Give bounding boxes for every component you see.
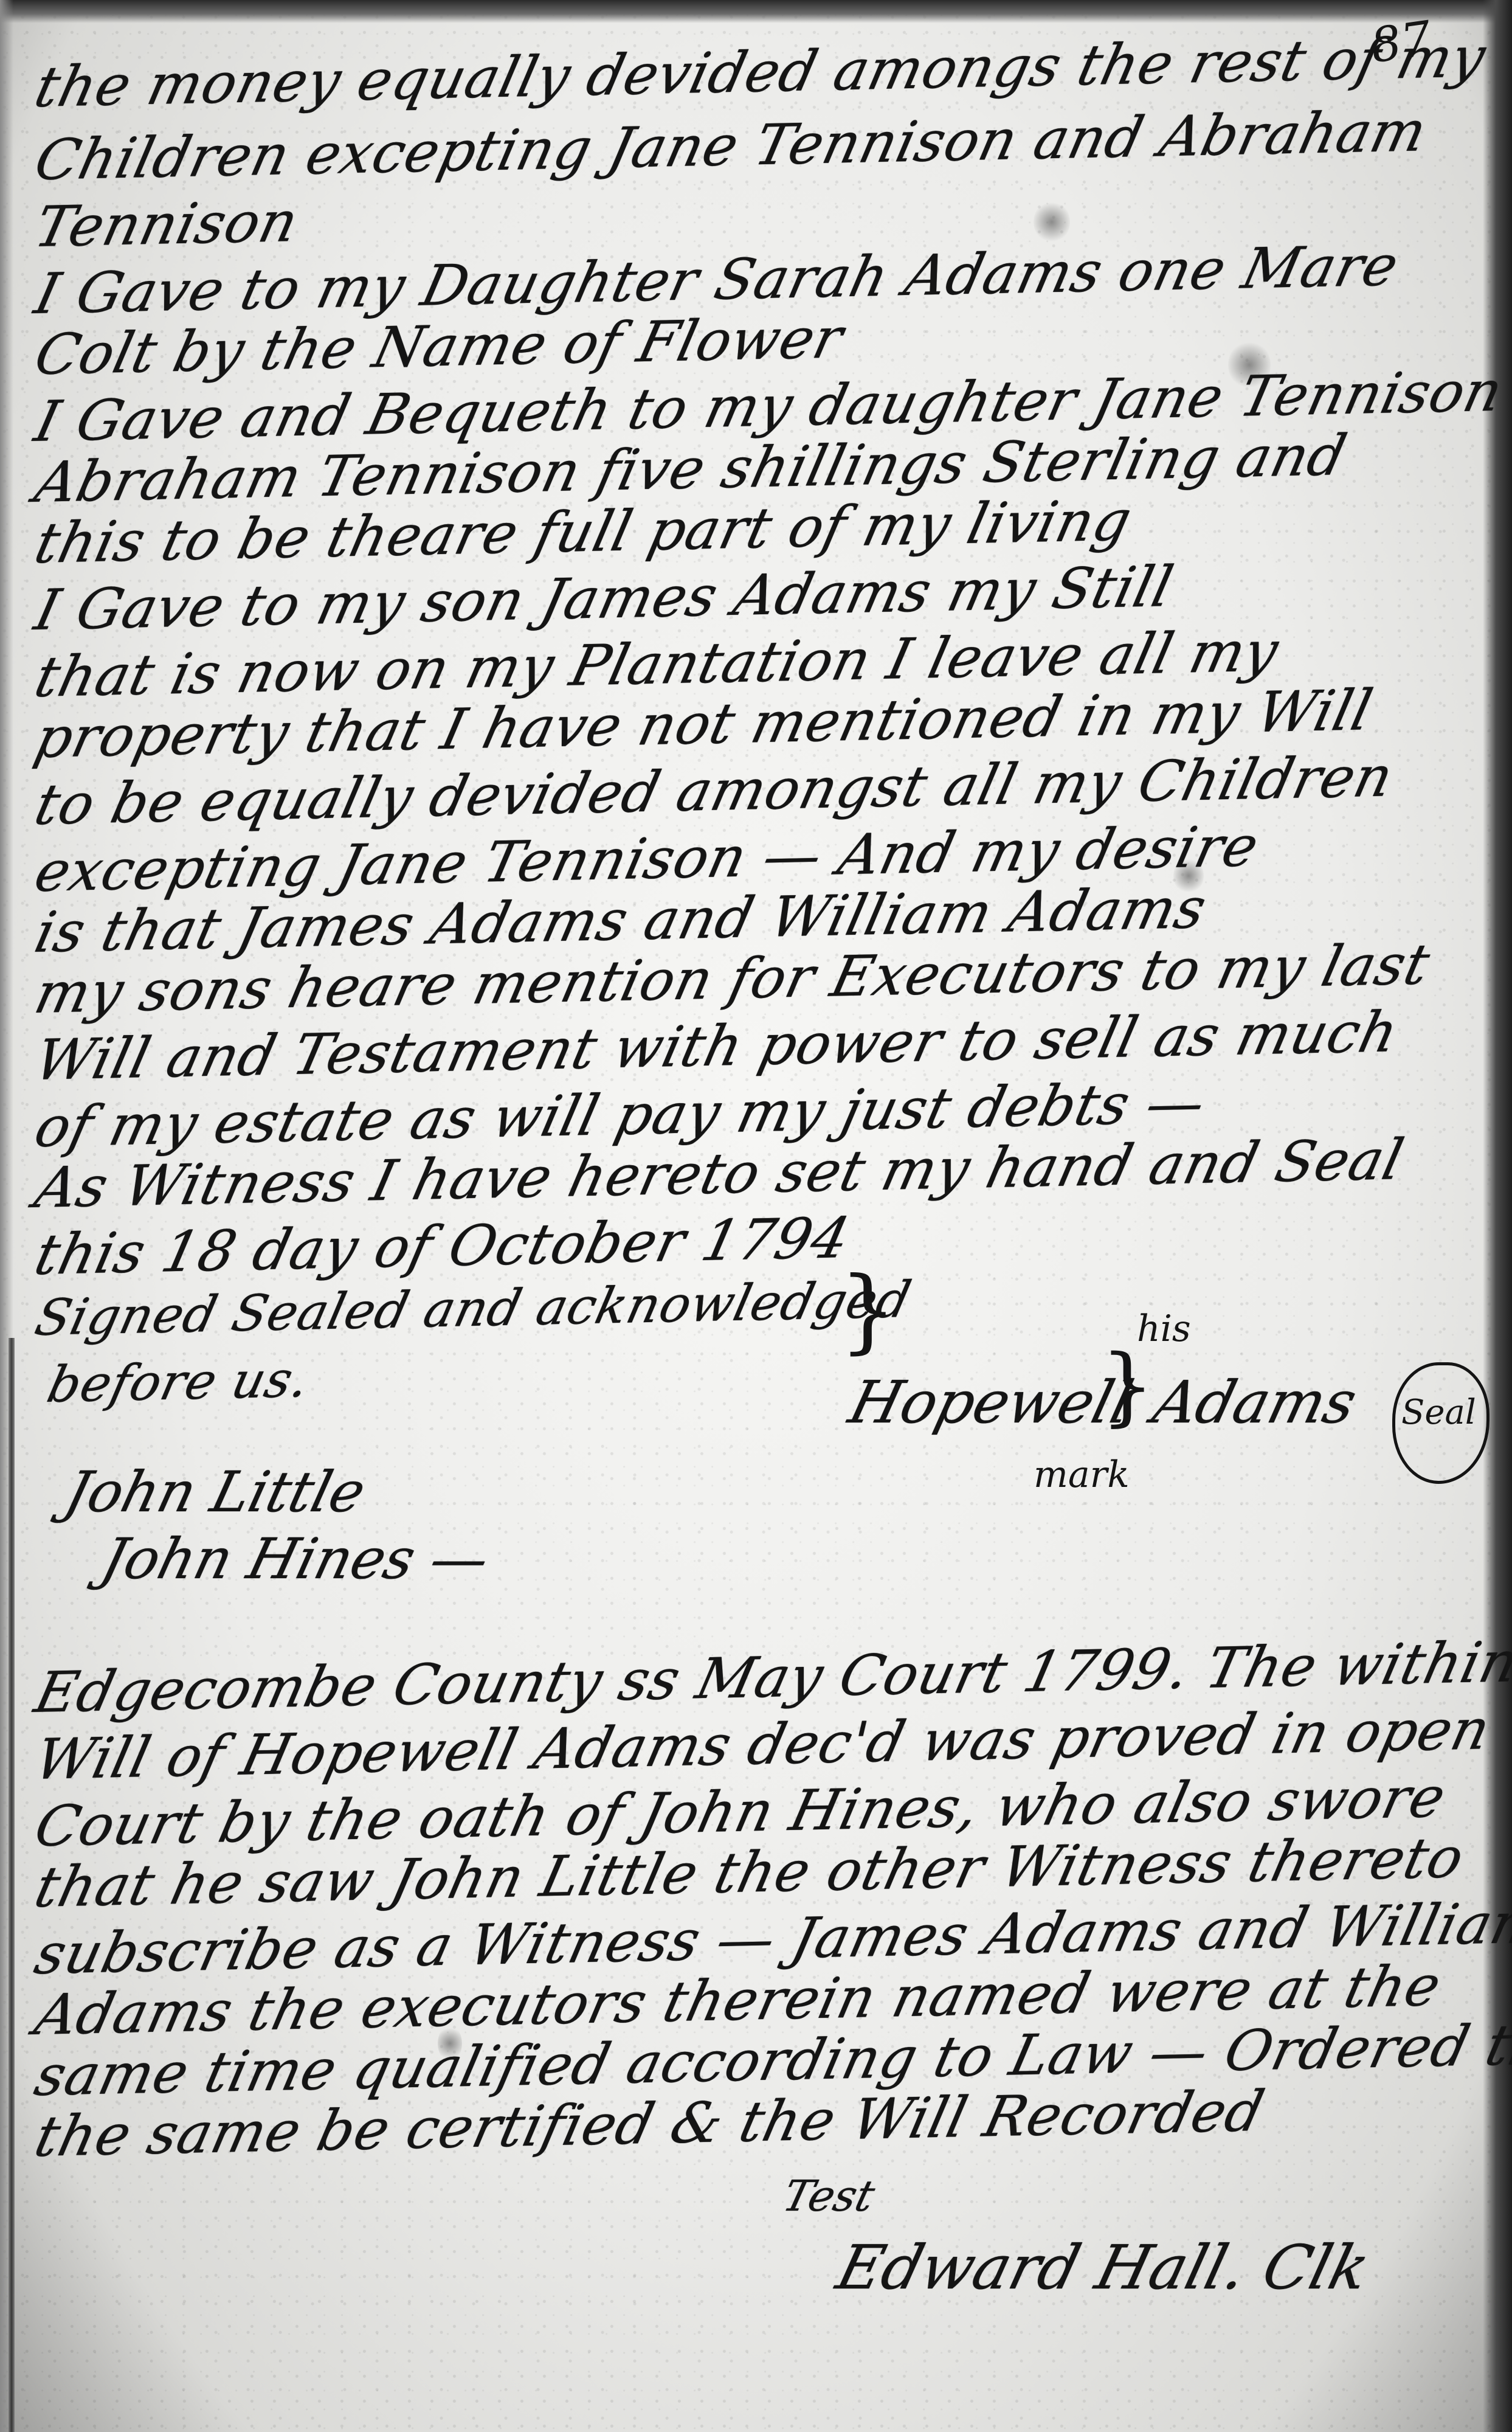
test-label: Test <box>778 2171 880 2221</box>
testator-first-name: Hopewell <box>843 1368 1139 1436</box>
scan-top-edge <box>0 0 1512 23</box>
ink-stain <box>1034 201 1070 243</box>
document-page: 87 the money equally devided amongs the … <box>0 0 1512 2432</box>
will-line: Tennison <box>29 189 305 260</box>
testator-last-name: Adams <box>1147 1368 1363 1436</box>
witness-name: John Little <box>59 1460 372 1525</box>
mark-label: mark <box>1034 1453 1130 1496</box>
witness-name: John Hines — <box>95 1526 496 1592</box>
attestation-line: before us. <box>42 1351 315 1414</box>
binding-line <box>9 1338 15 2432</box>
mark-brace: } <box>1100 1344 1155 1429</box>
seal-label: Seal <box>1401 1393 1476 1432</box>
attestation-brace: } <box>839 1265 897 1356</box>
clerk-signature: Edward Hall. Clk <box>830 2232 1376 2303</box>
